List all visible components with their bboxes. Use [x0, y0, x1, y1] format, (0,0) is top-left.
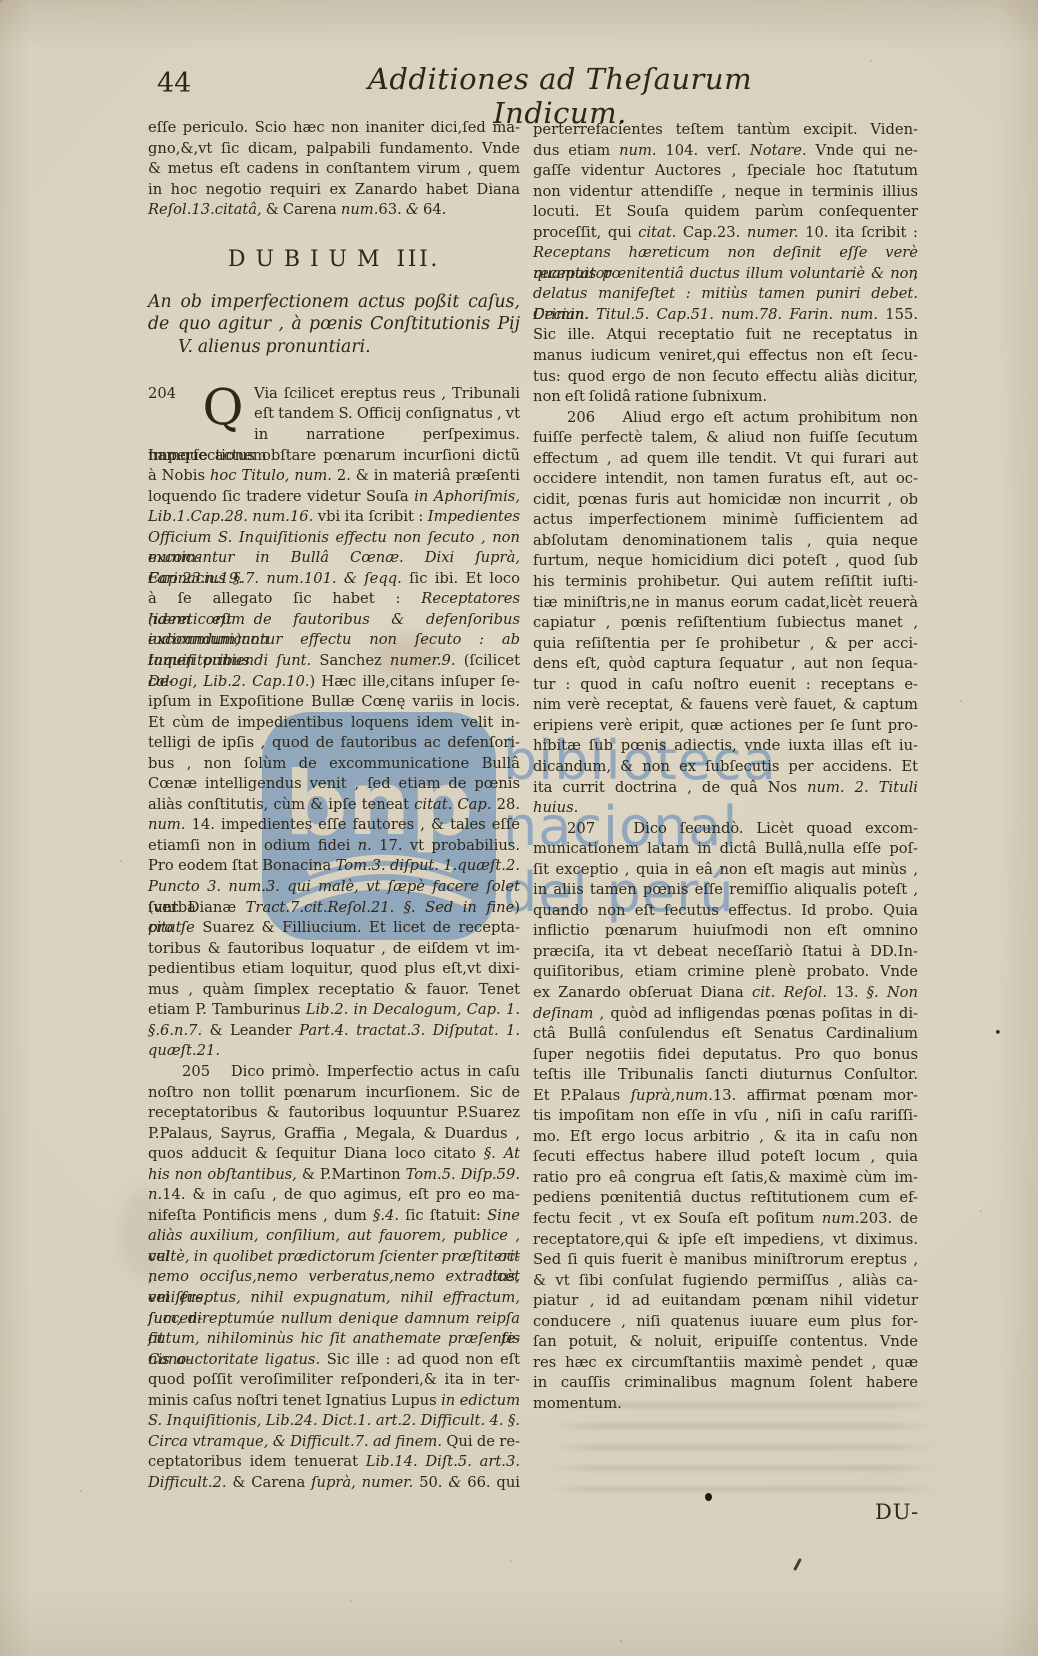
text-line: num. 14. impedientes eſſe fautores , & t… [148, 815, 520, 836]
text-line: pro ſe Suarez & Filliucium. Et licet de … [148, 918, 520, 939]
text-line: etiam P. Tamburinus Lib.2. in Decalogum,… [148, 1000, 520, 1021]
text-line: quiſitoribus, etiam crimine plenè probat… [533, 962, 918, 983]
text-line: mo. Eſt ergo locus arbitrio , & ita in c… [533, 1127, 918, 1148]
text-line: ceptatoribus idem tenuerat Lib.14. Diſt.… [148, 1452, 520, 1473]
text-line: non eſt ſolidâ ratione ſubnixum. [533, 387, 918, 408]
text-column-right: perterrefacientes teſtem tantùm excipit.… [533, 120, 918, 1414]
text-line: quia reſiſtentia per ſe prohibetur , & p… [533, 634, 918, 655]
ink-mark [793, 1558, 802, 1571]
text-line: eripiens verè eripit, quæ actiones per ſ… [533, 716, 918, 737]
text-line: namque actus obſtare pœnarum incurſioni … [148, 446, 520, 467]
paper-speckles [0, 0, 2, 2]
text-line: occidere intendit, non tamen furatus eſt… [533, 469, 918, 490]
catchword: DU- [875, 1500, 919, 1524]
text-line: mus , quàm ſimplex receptatio & fauor. T… [148, 980, 520, 1001]
text-line: ſit exceptio , quia in eâ non eſt magis … [533, 860, 918, 881]
text-line: V. alienus pronuntiari. [148, 336, 520, 358]
text-line: Officium S. Inquiſitionis effectu non ſe… [148, 528, 520, 549]
text-line: in aliis tamen pœnis eſſe remiſſio aliqu… [533, 880, 918, 901]
text-line: Lib.1.Cap.28. num.16. vbi ita ſcribit : … [148, 507, 520, 528]
text-line: huius. [533, 798, 918, 819]
text-line: manus iudicum veniret,qui effectus non e… [533, 346, 918, 367]
text-line: Circa vtramque, & Difficult.7. ad finem.… [148, 1432, 520, 1453]
text-line: à ſe allegato ſic habet : Receptatores h… [148, 589, 520, 610]
text-line: his terminis prohibetur. Qui autem reſiſ… [533, 572, 918, 593]
paragraph-206: 206 Aliud ergo eſt actum prohibitum nonf… [533, 408, 918, 819]
text-line: Reſol.13.citatâ, & Carena num.63. & 64. [148, 200, 520, 221]
dubium-numeral: III. [396, 247, 440, 272]
text-line: tis impoſitam non eſſe in vſu , niſi in … [533, 1106, 918, 1127]
text-line: Farinacius §.7. num.101. & ſeqq. ſic ibi… [148, 569, 520, 590]
ink-spot [705, 1493, 712, 1501]
text-line: actus imperfectionem minimè ſufficientem… [533, 510, 918, 531]
text-line: capiatur , pœnis reſiſtentium ſubiectus … [533, 613, 918, 634]
text-line: P.Palaus, Sayrus, Graffia , Megala, & Du… [148, 1124, 520, 1145]
text-line: ſecuti effectus habere illud poteſt locu… [533, 1147, 918, 1168]
page-number: 44 [157, 68, 191, 99]
text-line: conducere , niſi quatenus iuuare eum plu… [533, 1312, 918, 1333]
text-line: delatus manifeſtet : mitiùs tamen puniri… [533, 284, 918, 305]
text-line: Crimin. Titul.5. Cap.51. num.78. Farin. … [533, 305, 918, 326]
text-line: S. Inquiſitionis, Lib.24. Dict.1. art.2.… [148, 1411, 520, 1432]
text-line: ipſum in Expoſitione Bullæ Cœnę variis i… [148, 692, 520, 713]
text-line: n.14. & in caſu , de quo agimus, eſt pro… [148, 1185, 520, 1206]
text-line: minis caſus noſtri tenet Ignatius Lupus … [148, 1391, 520, 1412]
text-line: ſum, direptumúe nullum denique damnum re… [148, 1309, 520, 1330]
text-line: cultè, in quolibet prædictorum ſcienter … [148, 1247, 520, 1268]
text-line: quando non eſt ſecutus effectus. Id prob… [533, 901, 918, 922]
margin-annotation-mark: • [994, 1026, 1002, 1041]
text-line: quo agitur , à pœnis Conſtitutionis Pij [148, 313, 520, 335]
text-line: dicandum, & non ex ſubſecutis per accide… [533, 757, 918, 778]
paragraph-number: 204 [148, 385, 176, 402]
text-line: furtum, neque homicidium dici poteſt , q… [533, 551, 918, 572]
paragraph-204: 204QVia ſcilicet ereptus reus , Tribunal… [148, 384, 520, 1062]
text-line: Receptans hæreticum non deſinit eſſe ver… [533, 243, 918, 264]
dubium-word: DUBIUM [228, 247, 390, 272]
text-line: nifeſta Pontificis mens , dum §.4. ſic ſ… [148, 1206, 520, 1227]
paragraph-207: 207 Dico ſecundò. Licèt quoad excom-muni… [533, 819, 918, 1415]
text-line: tamen puniendi ſunt. Sanchez numer.9. (ſ… [148, 651, 520, 672]
text-line: quos adducit & ſequitur Diana loco citat… [148, 1144, 520, 1165]
text-line: teſtis ille Tribunalis ſancti diuturnus … [533, 1065, 918, 1086]
text-line: tiæ miniſtris,ne in manus eorum cadat,li… [533, 593, 918, 614]
text-line: cidit, pœnas furis aut homicidæ non incu… [533, 490, 918, 511]
text-line: noſtro non tollit pœnarum incurſionem. S… [148, 1083, 520, 1104]
text-line: res hæc ex circumſtantiis maximè pendet … [533, 1353, 918, 1374]
text-line: proceſſit, qui citat. Cap.23. numer. 10.… [533, 223, 918, 244]
text-line: locuti. Et Souſa quidem parùm conſequent… [533, 202, 918, 223]
text-line: & metus eſt cadens in conſtantem virum ,… [148, 159, 520, 180]
text-line: perterrefacientes teſtem tantùm excipit.… [533, 120, 918, 141]
text-line: Sic ille. Atqui receptatio fuit ne recep… [533, 325, 918, 346]
text-line: inflictio pœnarum huiuſmodi non eſt omni… [533, 921, 918, 942]
text-line: à Nobis hoc Titulo, num. 2. & in materiâ… [148, 466, 520, 487]
text-line: Puncto 3. num.3. qui malè, vt ſæpè facer… [148, 877, 520, 898]
text-line: tur : quod in caſu noſtro euenit : recep… [533, 675, 918, 696]
paragraph-205: 205 Dico primò. Imperfectio actus in caſ… [148, 1062, 520, 1493]
text-line: cutum, nihilominùs hic ſit anathemate pr… [148, 1329, 520, 1350]
text-line: aliàs auxilium, conſilium, aut fauorem, … [148, 1226, 520, 1247]
text-line: telligi de ipſis , quod de fautoribus ac… [148, 733, 520, 754]
text-line: nemo occiſus,nemo verberatus,nemo extrac… [148, 1267, 520, 1288]
text-line: toribus & fautoribus loquatur , de eiſde… [148, 939, 520, 960]
text-line: bus , non ſolùm de excommunicatione Bull… [148, 754, 520, 775]
text-line: (idem eſt de fautoribus & defenſoribus i… [148, 610, 520, 631]
text-line: An ob imperfectionem actus poßit caſus, … [148, 291, 520, 313]
text-line: abſolutam denominationem talis , quia ne… [533, 531, 918, 552]
text-line: excommunicantur effectu non ſecuto : ab … [148, 630, 520, 651]
text-line: §.6.n.7. & Leander Part.4. tractat.3. Di… [148, 1021, 520, 1042]
text-line: receptatore,qui & ipſe eſt impediens, vt… [533, 1230, 918, 1251]
text-line: Et P.Palaus ſuprà,num.13. affirmat pœnam… [533, 1086, 918, 1107]
text-line: nis auctoritate ligatus. Sic ille : ad q… [148, 1350, 520, 1371]
text-line: etiamſi non in odium fidei n. 17. vt pro… [148, 836, 520, 857]
drop-cap: Q [200, 385, 246, 426]
text-line: Difficult.2. & Carena ſuprà, numer. 50. … [148, 1473, 520, 1494]
section-heading: DUBIUM III. [148, 247, 520, 272]
text-line: fectu fecit , vt ex Souſa eſt poſitum nu… [533, 1209, 918, 1230]
text-line: Cœnæ intelligendus venit , ſed etiam de … [148, 774, 520, 795]
text-line: municantur in Bullâ Cœnæ. Dixi ſuprà, Ca… [148, 548, 520, 569]
text-line: dus etiam num. 104. verſ. Notare. Vnde q… [533, 141, 918, 162]
text-line: 205 Dico primò. Imperfectio actus in caſ… [148, 1062, 520, 1083]
text-line: ſan potuit, & noluit, eripuiſſe contentu… [533, 1332, 918, 1353]
text-line: 207 Dico ſecundò. Licèt quoad excom- [533, 819, 918, 840]
text-line: ratio pro eâ congrua eſt ſatis,& maximè … [533, 1168, 918, 1189]
text-line: quamuis pœnitentiâ ductus illum voluntar… [533, 264, 918, 285]
text-line: ctâ Bullâ conſulendus eſt Senatus Cardin… [533, 1024, 918, 1045]
text-line: gno,&,vt ſic dicam, palpabili fundamento… [148, 139, 520, 160]
text-line: Pro eodem ſtat Bonacina Tom.3. diſput. 1… [148, 856, 520, 877]
text-line: receptatoribus & fautoribus loquuntur P.… [148, 1103, 520, 1124]
text-line: eſſe periculo. Scio hæc non inaniter dic… [148, 118, 520, 139]
text-line: in hoc negotio requiri ex Zanardo habet … [148, 180, 520, 201]
text-line: loquendo ſic tradere videtur Souſa in Ap… [148, 487, 520, 508]
text-line: ex Zanardo obſeruat Diana cit. Reſol. 13… [533, 983, 918, 1004]
text-line: quod poſſit veroſimiliter reſponderi,& i… [148, 1370, 520, 1391]
text-line: his non obſtantibus, & P.Martinon Tom.5.… [148, 1165, 520, 1186]
scanned-book-page: { "page": { "number": "44", "running_tit… [0, 0, 1038, 1656]
text-line: hibitæ ſub pœnis adiectis, vnde iuxta il… [533, 736, 918, 757]
text-line: Et cùm de impedientibus loquens idem vel… [148, 713, 520, 734]
text-line: Sed ſi quis fuerit è manibus miniſtrorum… [533, 1250, 918, 1271]
text-line: effectum , ad quem ille tendit. Vt qui f… [533, 449, 918, 470]
text-line: momentum. [533, 1394, 918, 1415]
dubium-argument: An ob imperfectionem actus poßit caſus, … [148, 291, 520, 358]
text-line: non videntur attendiſſe , neque in termi… [533, 182, 918, 203]
text-line: vel ereptus, nihil expugnatum, nihil eff… [148, 1288, 520, 1309]
text-line: ita currit doctrina , de quâ Nos num. 2.… [533, 778, 918, 799]
text-line: tus: quod ergo de non ſecuto effectu ali… [533, 367, 918, 388]
text-line: 206 Aliud ergo eſt actum prohibitum non [533, 408, 918, 429]
text-column-left: eſſe periculo. Scio hæc non inaniter dic… [148, 118, 520, 1493]
text-line: pedientibus etiam loquitur, quod plus eſ… [148, 959, 520, 980]
text-line: gaſſe videntur Auctores , ſpeciale hoc ſ… [533, 161, 918, 182]
paragraph-continuation-right: perterrefacientes teſtem tantùm excipit.… [533, 120, 918, 408]
text-line: quæſt.21. [148, 1041, 520, 1062]
text-line: in cauſſis criminalibus magnum ſolent ha… [533, 1373, 918, 1394]
text-line: dens eſt, quòd captura ſequatur , aut no… [533, 654, 918, 675]
text-line: & vt ſibi conſulat fugiendo permiſſus , … [533, 1271, 918, 1292]
text-line: deſinam , quòd ad infligendas pœnas poſi… [533, 1004, 918, 1025]
text-line: ſunt Dianæ Tract.7.cit.Reſol.21. §. Sed … [148, 898, 520, 919]
paragraph-continuation: eſſe periculo. Scio hæc non inaniter dic… [148, 118, 520, 221]
text-line: nim verè receptat, & fauens verè fauet, … [533, 695, 918, 716]
text-line: calogi, Lib.2. Cap.10.) Hæc ille,citans … [148, 672, 520, 693]
text-line: municationem latam in dictâ Bullâ,nulla … [533, 839, 918, 860]
text-line: ſuper negotiis fidei deputatus. Pro quo … [533, 1045, 918, 1066]
text-line: piatur , id ad euitandam pœnam nihil vid… [533, 1291, 918, 1312]
text-line: præciſa, ita vt debeat neceſſariò ſtatui… [533, 942, 918, 963]
text-line: aliàs conſtitutis, cùm & ipſe teneat cit… [148, 795, 520, 816]
text-line: fuiſſe perfectè talem, & aliud non fuiſſ… [533, 428, 918, 449]
text-line: pediens pœnitentiâ ductus reſtitutionem … [533, 1188, 918, 1209]
